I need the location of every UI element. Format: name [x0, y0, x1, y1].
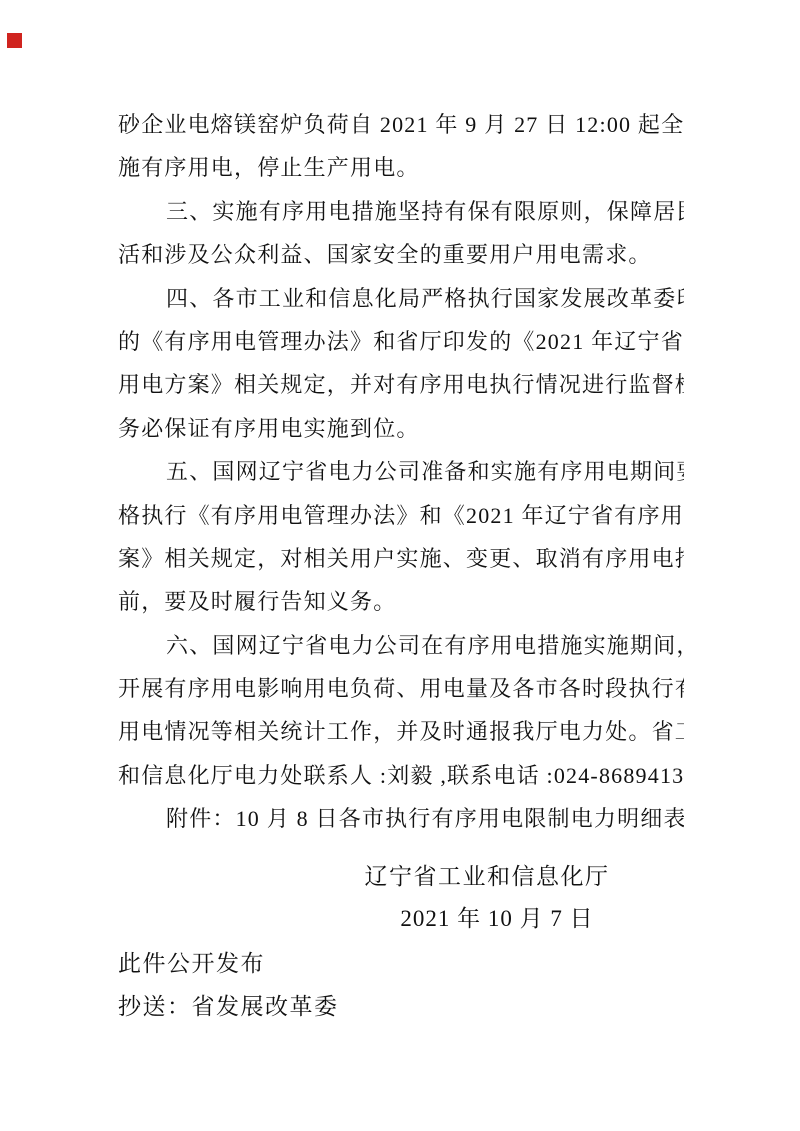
document-line: 和信息化厅电力处联系人 :刘毅 ,联系电话 :024-86894136。: [118, 754, 684, 797]
document-page: 砂企业电熔镁窑炉负荷自 2021 年 9 月 27 日 12:00 起全部实 施…: [0, 0, 800, 1131]
document-line: 格执行《有序用电管理办法》和《2021 年辽宁省有序用电方: [118, 494, 684, 537]
document-line: 前，要及时履行告知义务。: [118, 580, 684, 623]
document-line: 开展有序用电影响用电负荷、用电量及各市各时段执行有序: [118, 667, 684, 710]
document-line: 的《有序用电管理办法》和省厅印发的《2021 年辽宁省有序: [118, 320, 684, 363]
attachment-line: 附件：10 月 8 日各市执行有序用电限制电力明细表: [118, 797, 684, 840]
red-corner-mark: [7, 33, 22, 48]
document-line: 用电情况等相关统计工作，并及时通报我厅电力处。省工业: [118, 710, 684, 753]
document-line: 案》相关规定，对相关用户实施、变更、取消有序用电措施: [118, 537, 684, 580]
signature-date: 2021 年 10 月 7 日: [400, 900, 593, 933]
document-line: 六、国网辽宁省电力公司在有序用电措施实施期间，要: [118, 624, 684, 667]
document-line: 活和涉及公众利益、国家安全的重要用户用电需求。: [118, 233, 684, 276]
document-body: 砂企业电熔镁窑炉负荷自 2021 年 9 月 27 日 12:00 起全部实 施…: [118, 103, 684, 841]
document-line: 用电方案》相关规定，并对有序用电执行情况进行监督检查，: [118, 363, 684, 406]
document-line: 四、各市工业和信息化局严格执行国家发展改革委印发: [118, 277, 684, 320]
document-line: 三、实施有序用电措施坚持有保有限原则，保障居民生: [118, 190, 684, 233]
document-line: 五、国网辽宁省电力公司准备和实施有序用电期间要严: [118, 450, 684, 493]
cc-line: 抄送：省发展改革委: [118, 988, 339, 1021]
document-line: 施有序用电，停止生产用电。: [118, 146, 684, 189]
public-release-note: 此件公开发布: [118, 945, 265, 978]
document-line: 务必保证有序用电实施到位。: [118, 407, 684, 450]
document-line: 砂企业电熔镁窑炉负荷自 2021 年 9 月 27 日 12:00 起全部实: [118, 103, 684, 146]
signature-organization: 辽宁省工业和信息化厅: [365, 858, 610, 891]
